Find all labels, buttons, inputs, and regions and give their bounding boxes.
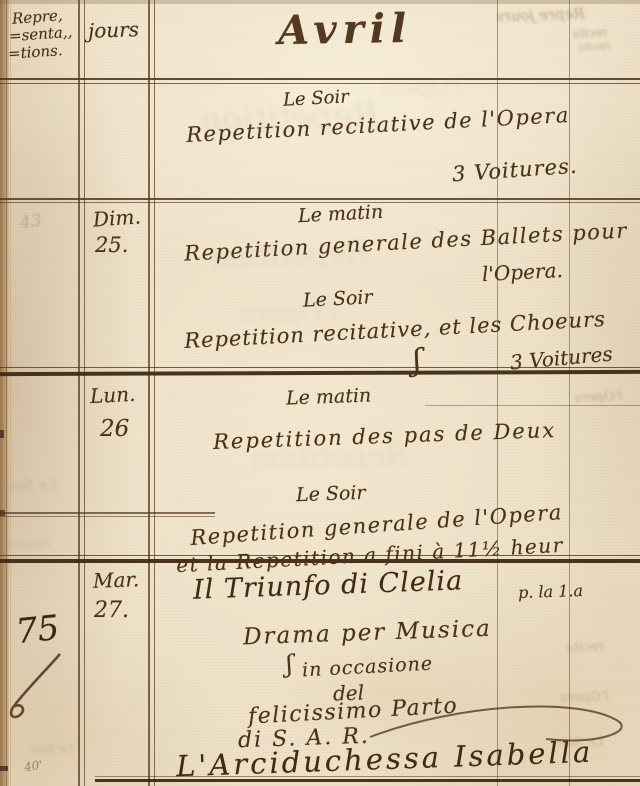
partial-rule-left-b bbox=[0, 516, 215, 517]
bleed-ghost-right-3: l'Opera bbox=[560, 689, 609, 706]
bleed-ghost-bottom-left: Le Soir bbox=[30, 741, 74, 757]
row1-time-evening: Le Soir bbox=[282, 86, 349, 110]
row2-entry-1b: l'Opera. bbox=[481, 258, 563, 286]
row3-day-num: 26 bbox=[100, 416, 129, 442]
manuscript-page: Repre, =senta,, =tions. jours Avril Le S… bbox=[0, 0, 640, 786]
row1-entry: Repetition recitative de l'Opera bbox=[186, 103, 571, 147]
row2-long-s-flourish: ʃ bbox=[411, 343, 422, 379]
row2-time-morning: Le matin bbox=[297, 201, 383, 227]
row4-occasion-1: in occasione bbox=[302, 653, 434, 682]
col-jours-rule-a bbox=[148, 0, 150, 786]
row2-day-abbr: Dim. bbox=[92, 204, 141, 231]
month-title: Avril bbox=[278, 5, 413, 54]
row4-long-s-flourish: ʃ bbox=[285, 650, 294, 679]
row4-day-num: 27. bbox=[94, 598, 129, 623]
row1-separator-a bbox=[0, 198, 640, 200]
row2-time-evening: Le Soir bbox=[302, 286, 373, 312]
representation-paraph-flourish bbox=[2, 648, 72, 728]
header-rule-a bbox=[0, 78, 640, 80]
page-edge-mark bbox=[0, 430, 4, 438]
edge-rule bbox=[6, 0, 7, 786]
edge-rule-2 bbox=[10, 0, 11, 786]
row2-day-num: 25. bbox=[95, 233, 128, 257]
bleed-ghost-right-2: recita bbox=[566, 639, 605, 655]
row3-entry-1: Repetition des pas de Deux bbox=[213, 418, 557, 454]
bleed-ghost-header-3: recita bbox=[578, 39, 611, 53]
row2-entry-2: Repetition recitative, et les Choeurs bbox=[184, 307, 607, 353]
partial-rule-left bbox=[0, 512, 215, 514]
bleed-ghost-header-2: recita bbox=[572, 25, 608, 40]
col-representations-rule-a bbox=[78, 0, 80, 786]
pencil-note-40: 40' bbox=[23, 757, 44, 774]
partial-rule-right bbox=[425, 405, 640, 406]
header-representations-line3: =tions. bbox=[7, 41, 63, 63]
row1-voitures: 3 Voitures. bbox=[451, 154, 578, 187]
page-top-edge bbox=[0, 0, 640, 4]
col-representations-rule-b bbox=[84, 0, 85, 786]
row4-genre: Drama per Musica bbox=[243, 616, 493, 651]
bleed-ghost-header: Repre jours bbox=[496, 4, 585, 25]
row4-day-abbr: Mar. bbox=[93, 567, 140, 593]
header-jours-label: jours bbox=[88, 17, 140, 43]
row3-time-morning: Le matin bbox=[286, 385, 372, 410]
header-rule-b bbox=[0, 83, 640, 84]
row4-title-suffix: p. la 1.a bbox=[518, 581, 584, 602]
bleed-ghost-right-1: l'Opera bbox=[574, 389, 623, 406]
col-jours-rule-b bbox=[154, 0, 155, 786]
page-binding-edge bbox=[0, 0, 9, 786]
row3-time-evening: Le Soir bbox=[296, 482, 366, 506]
row4-representation-count: 75 bbox=[14, 608, 61, 652]
pencil-ghost-number: 43 bbox=[19, 211, 43, 233]
row3-day-abbr: Lun. bbox=[89, 382, 136, 408]
page-edge-mark bbox=[0, 766, 8, 771]
row1-separator-b bbox=[0, 202, 640, 203]
